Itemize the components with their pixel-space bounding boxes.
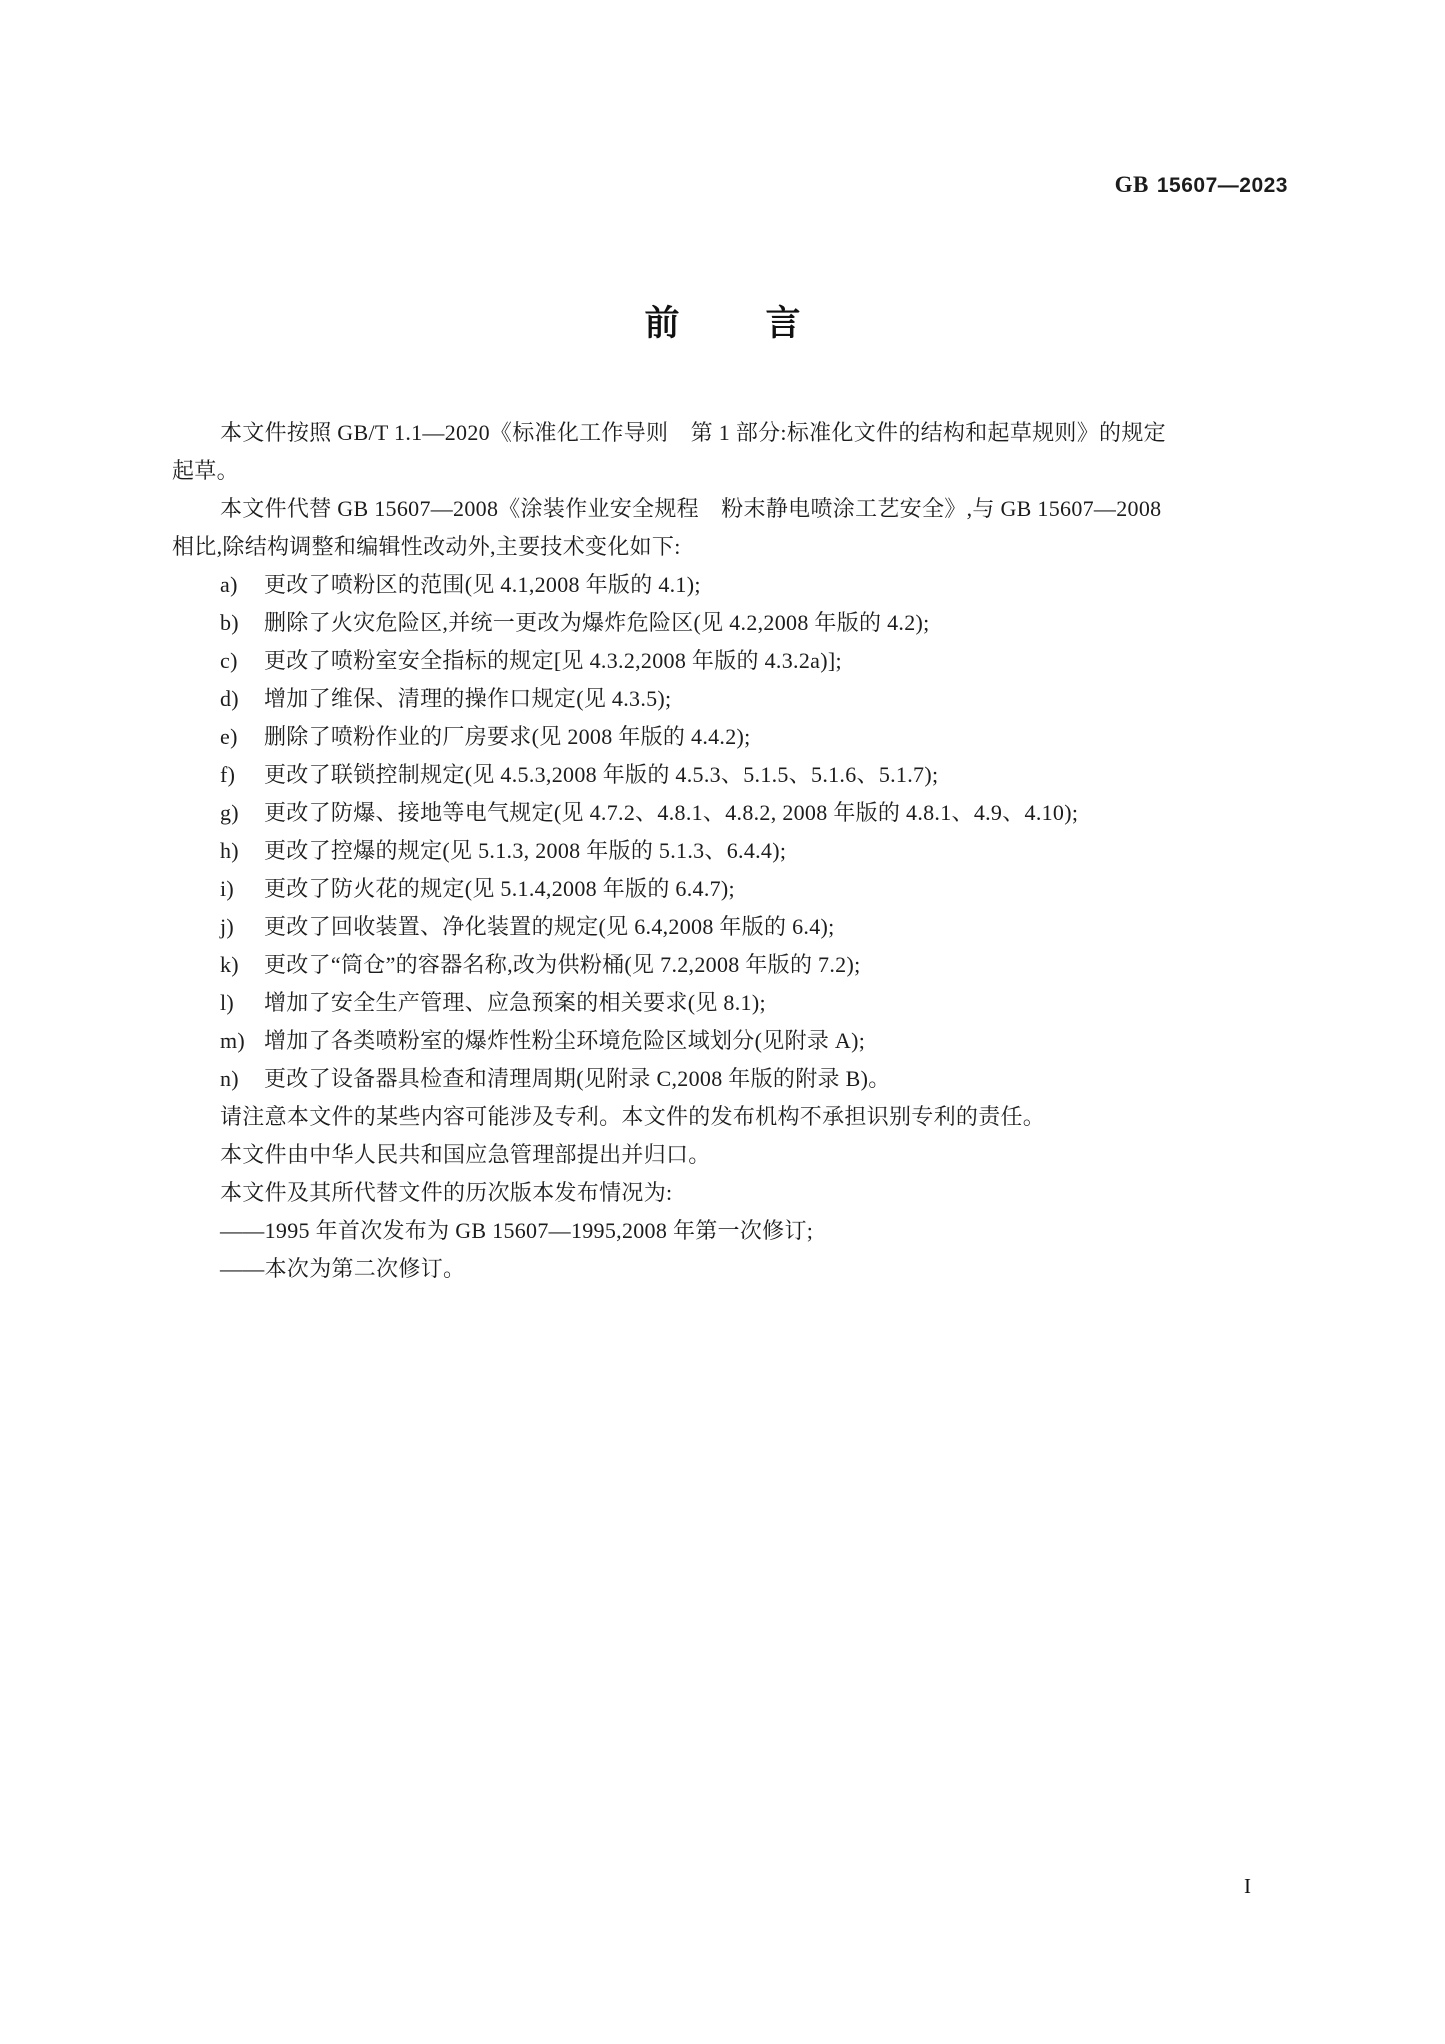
list-item-label: l)	[220, 984, 264, 1022]
foreword-line: m)增加了各类喷粉室的爆炸性粉尘环境危险区域划分(见附录 A);	[172, 1022, 1292, 1060]
list-item-label: e)	[220, 718, 264, 756]
list-item-text: 更改了联锁控制规定(见 4.5.3,2008 年版的 4.5.3、5.1.5、5…	[264, 762, 938, 787]
standard-code-prefix: GB	[1115, 172, 1149, 197]
list-item-label: g)	[220, 794, 264, 832]
list-item-label: n)	[220, 1060, 264, 1098]
foreword-line: j)更改了回收装置、净化装置的规定(见 6.4,2008 年版的 6.4);	[172, 908, 1292, 946]
foreword-line: k)更改了“筒仓”的容器名称,改为供粉桶(见 7.2,2008 年版的 7.2)…	[172, 946, 1292, 984]
document-page: { "header": { "code_prefix": "GB", "code…	[0, 0, 1445, 2044]
foreword-line: 请注意本文件的某些内容可能涉及专利。本文件的发布机构不承担识别专利的责任。	[172, 1098, 1292, 1136]
foreword-line: c)更改了喷粉室安全指标的规定[见 4.3.2,2008 年版的 4.3.2a)…	[172, 642, 1292, 680]
page-title: 前 言	[0, 296, 1445, 346]
standard-code-header: GB15607—2023	[1115, 172, 1288, 198]
foreword-line: d)增加了维保、清理的操作口规定(见 4.3.5);	[172, 680, 1292, 718]
foreword-line: e)删除了喷粉作业的厂房要求(见 2008 年版的 4.4.2);	[172, 718, 1292, 756]
list-item-text: 删除了喷粉作业的厂房要求(见 2008 年版的 4.4.2);	[264, 724, 751, 749]
foreword-line: i)更改了防火花的规定(见 5.1.4,2008 年版的 6.4.7);	[172, 870, 1292, 908]
foreword-line: 起草。	[172, 452, 1292, 490]
list-item-text: 更改了防爆、接地等电气规定(见 4.7.2、4.8.1、4.8.2, 2008 …	[264, 800, 1078, 825]
foreword-line: h)更改了控爆的规定(见 5.1.3, 2008 年版的 5.1.3、6.4.4…	[172, 832, 1292, 870]
foreword-line: n)更改了设备器具检查和清理周期(见附录 C,2008 年版的附录 B)。	[172, 1060, 1292, 1098]
list-item-label: a)	[220, 566, 264, 604]
list-item-label: d)	[220, 680, 264, 718]
list-item-label: c)	[220, 642, 264, 680]
list-item-text: 更改了控爆的规定(见 5.1.3, 2008 年版的 5.1.3、6.4.4);	[264, 838, 786, 863]
page-title-char-2: 言	[766, 296, 801, 346]
list-item-text: 更改了“筒仓”的容器名称,改为供粉桶(见 7.2,2008 年版的 7.2);	[264, 952, 861, 977]
foreword-line: a)更改了喷粉区的范围(见 4.1,2008 年版的 4.1);	[172, 566, 1292, 604]
foreword-line: 本文件及其所代替文件的历次版本发布情况为:	[172, 1174, 1292, 1212]
list-item-label: i)	[220, 870, 264, 908]
list-item-text: 更改了防火花的规定(见 5.1.4,2008 年版的 6.4.7);	[264, 876, 735, 901]
foreword-line: f)更改了联锁控制规定(见 4.5.3,2008 年版的 4.5.3、5.1.5…	[172, 756, 1292, 794]
list-item-label: h)	[220, 832, 264, 870]
foreword-line: 本文件按照 GB/T 1.1—2020《标准化工作导则 第 1 部分:标准化文件…	[172, 414, 1292, 452]
list-item-text: 增加了维保、清理的操作口规定(见 4.3.5);	[264, 686, 671, 711]
list-item-text: 更改了设备器具检查和清理周期(见附录 C,2008 年版的附录 B)。	[264, 1066, 891, 1091]
foreword-line: g)更改了防爆、接地等电气规定(见 4.7.2、4.8.1、4.8.2, 200…	[172, 794, 1292, 832]
list-item-text: 增加了各类喷粉室的爆炸性粉尘环境危险区域划分(见附录 A);	[264, 1028, 865, 1053]
foreword-line: 本文件由中华人民共和国应急管理部提出并归口。	[172, 1136, 1292, 1174]
standard-code-number: 15607—2023	[1157, 174, 1288, 197]
list-item-text: 更改了回收装置、净化装置的规定(见 6.4,2008 年版的 6.4);	[264, 914, 835, 939]
foreword-line: l)增加了安全生产管理、应急预案的相关要求(见 8.1);	[172, 984, 1292, 1022]
list-item-text: 增加了安全生产管理、应急预案的相关要求(见 8.1);	[264, 990, 766, 1015]
foreword-line: b)删除了火灾危险区,并统一更改为爆炸危险区(见 4.2,2008 年版的 4.…	[172, 604, 1292, 642]
list-item-label: b)	[220, 604, 264, 642]
list-item-label: k)	[220, 946, 264, 984]
foreword-line: ——本次为第二次修订。	[172, 1250, 1292, 1288]
foreword-body: 本文件按照 GB/T 1.1—2020《标准化工作导则 第 1 部分:标准化文件…	[172, 414, 1292, 1288]
foreword-line: 本文件代替 GB 15607—2008《涂装作业安全规程 粉末静电喷涂工艺安全》…	[172, 490, 1292, 528]
page-number: I	[1244, 1874, 1251, 1899]
list-item-label: f)	[220, 756, 264, 794]
foreword-line: 相比,除结构调整和编辑性改动外,主要技术变化如下:	[172, 528, 1292, 566]
list-item-label: j)	[220, 908, 264, 946]
list-item-text: 更改了喷粉区的范围(见 4.1,2008 年版的 4.1);	[264, 572, 701, 597]
list-item-text: 删除了火灾危险区,并统一更改为爆炸危险区(见 4.2,2008 年版的 4.2)…	[264, 610, 930, 635]
foreword-line: ——1995 年首次发布为 GB 15607—1995,2008 年第一次修订;	[172, 1212, 1292, 1250]
list-item-text: 更改了喷粉室安全指标的规定[见 4.3.2,2008 年版的 4.3.2a)];	[264, 648, 842, 673]
list-item-label: m)	[220, 1022, 264, 1060]
page-title-char-1: 前	[644, 296, 679, 346]
